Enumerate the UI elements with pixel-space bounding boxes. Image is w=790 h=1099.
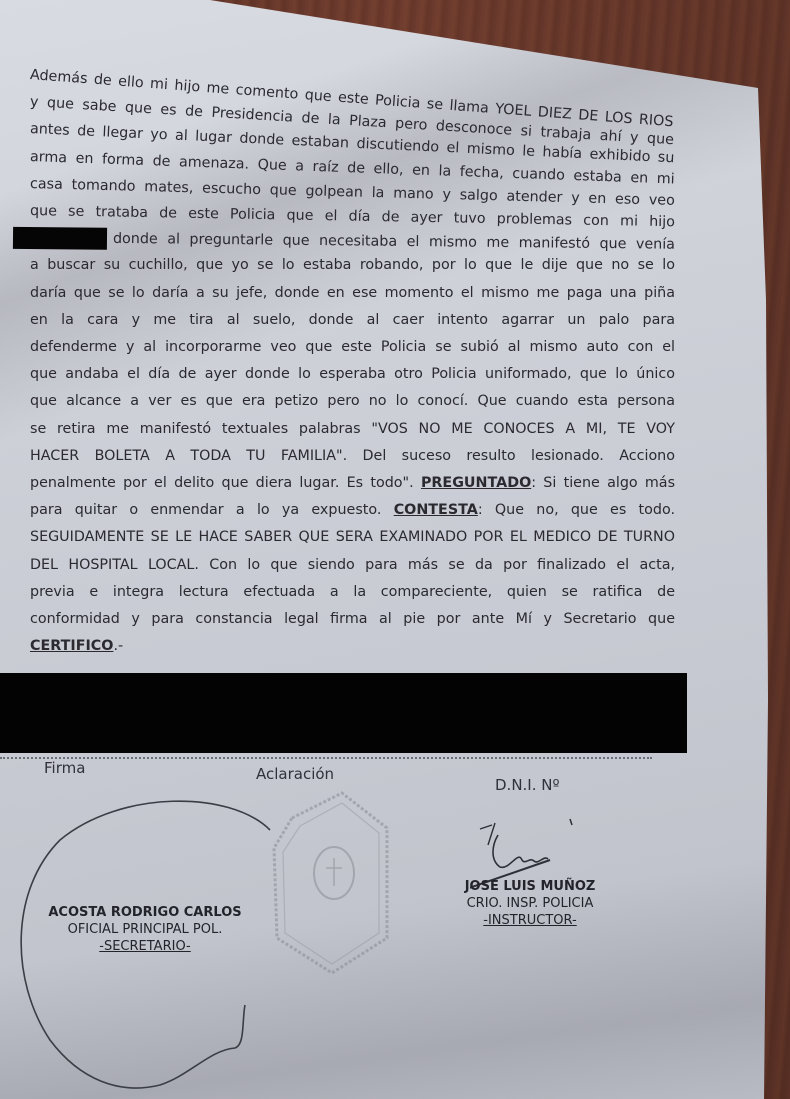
text-line: conformidad y para constancia legal firm… — [30, 606, 675, 633]
text-line: previa e integra lectura efectuada a la … — [30, 579, 675, 606]
dni-label: D.N.I. Nº — [495, 776, 560, 794]
text-line: que alcance a ver es que era petizo pero… — [30, 388, 675, 415]
declaration-text: Además de ello mi hijo me comento que es… — [30, 62, 675, 660]
secretario-block: ACOSTA RODRIGO CARLOS OFICIAL PRINCIPAL … — [40, 904, 250, 955]
text-line: DEL HOSPITAL LOCAL. Con lo que siendo pa… — [30, 552, 675, 579]
text-line: HACER BOLETA A TODA TU FAMILIA". Del suc… — [30, 443, 675, 470]
instructor-name: JOSE LUIS MUÑOZ — [440, 878, 620, 895]
text-line: en la cara y me tira al suelo, donde al … — [30, 307, 675, 334]
redacted-name — [13, 227, 107, 250]
text-line: defenderme y al incorporarme veo que est… — [30, 334, 675, 361]
instructor-block: JOSE LUIS MUÑOZ CRIO. INSP. POLICIA -INS… — [440, 878, 620, 929]
secretario-role: -SECRETARIO- — [40, 938, 250, 955]
certifico-label: CERTIFICO — [30, 638, 113, 654]
instructor-role: -INSTRUCTOR- — [440, 912, 620, 929]
contesta-label: CONTESTA — [394, 502, 478, 518]
text-line: se retira me manifestó textuales palabra… — [30, 416, 675, 443]
instructor-rank: CRIO. INSP. POLICIA — [440, 895, 620, 912]
text-line-preguntado: penalmente por el delito que diera lugar… — [30, 470, 675, 497]
redacted-signature-area — [0, 673, 687, 753]
text-line: daría que se lo daría a su jefe, donde e… — [30, 280, 675, 307]
police-seal-stamp-icon — [262, 788, 402, 978]
text-line-contesta: para quitar o enmendar a lo ya expuesto.… — [30, 497, 675, 524]
secretario-rank: OFICIAL PRINCIPAL POL. — [40, 921, 250, 938]
preguntado-label: PREGUNTADO — [421, 475, 531, 491]
certifico-line: CERTIFICO.- — [30, 633, 675, 660]
aclaracion-label: Aclaración — [256, 765, 334, 783]
signature-dotted-line — [0, 757, 652, 759]
firma-label: Firma — [44, 759, 85, 777]
text-line: que andaba el día de ayer donde lo esper… — [30, 361, 675, 388]
secretario-name: ACOSTA RODRIGO CARLOS — [40, 904, 250, 921]
text-line: SEGUIDAMENTE SE LE HACE SABER QUE SERA E… — [30, 524, 675, 551]
